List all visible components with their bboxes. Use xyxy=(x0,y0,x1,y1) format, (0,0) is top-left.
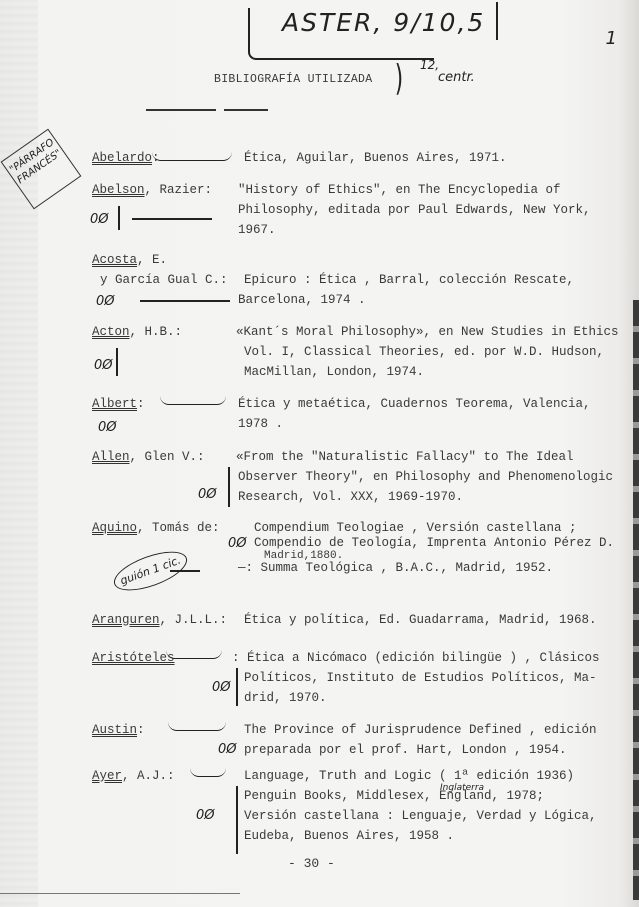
bracket-mark: ) xyxy=(395,58,403,99)
arrow-stroke xyxy=(140,300,230,302)
entry-line: "History of Ethics", en The Encyclopedia… xyxy=(238,180,561,200)
document-page: ASTER, 9/10,5 1 BIBLIOGRAFÍA UTILIZADA )… xyxy=(0,0,639,907)
entry-author: Abelardo: xyxy=(92,148,160,168)
entry-line: Philosophy, editada por Paul Edwards, Ne… xyxy=(238,200,591,220)
entry-author: Aranguren, J.L.L.: xyxy=(92,610,227,630)
entry-author: Acton, H.B.: xyxy=(92,322,182,342)
handwritten-stamp: ASTER, 9/10,5 xyxy=(282,8,485,37)
handwritten-insert: Inglaterra xyxy=(440,778,484,798)
dash-stroke xyxy=(166,650,222,659)
entry-line: 1967. xyxy=(238,220,276,240)
arrow-stroke xyxy=(132,218,212,220)
separator-line xyxy=(146,109,268,111)
handwritten-mark: 0Ø xyxy=(196,806,215,826)
handwritten-mark: 0Ø xyxy=(218,740,237,760)
entry-line: preparada por el prof. Hart, London , 19… xyxy=(244,740,567,760)
handwritten-mark: 0Ø xyxy=(228,534,247,554)
entry-author: Aquino, Tomás de: xyxy=(92,518,220,538)
entry-author: Aristóteles xyxy=(92,648,175,668)
entry-line: Políticos, Instituto de Estudios Polític… xyxy=(244,668,597,688)
entry-author: Acosta, E. xyxy=(92,250,167,270)
dash-stroke xyxy=(168,722,226,731)
stamp-box-right-stroke xyxy=(496,2,498,40)
entry-line: «From the "Naturalistic Fallacy" to The … xyxy=(236,447,574,467)
handwritten-mark: 0Ø xyxy=(96,292,115,312)
dash-stroke xyxy=(152,152,232,161)
entry-line: Language, Truth and Logic ( 1ª edición 1… xyxy=(244,766,574,786)
title-note: centr. xyxy=(438,70,475,85)
entry-line: Research, Vol. XXX, 1969-1970. xyxy=(238,487,463,507)
entry-text: Ética y política, Ed. Guadarrama, Madrid… xyxy=(244,610,597,630)
entry-author: Ayer, A.J.: xyxy=(92,766,175,786)
entry-author: Austin: xyxy=(92,720,145,740)
scan-bottom-edge xyxy=(0,893,240,894)
margin-bar xyxy=(116,348,118,376)
margin-bar xyxy=(236,786,238,854)
entry-author: Allen, Glen V.: xyxy=(92,447,205,467)
handwritten-mark: 0Ø xyxy=(90,210,109,230)
handwritten-mark: 0Ø xyxy=(212,678,231,698)
entry-line: The Province of Jurisprudence Defined , … xyxy=(244,720,597,740)
entry-line: Eudeba, Buenos Aires, 1958 . xyxy=(244,826,454,846)
entry-line: Versión castellana : Lenguaje, Verdad y … xyxy=(244,806,597,826)
handwritten-mark: 0Ø xyxy=(94,356,113,376)
entry-line: 1978 . xyxy=(238,414,283,434)
scan-right-edge xyxy=(633,300,639,900)
page-number: - 30 - xyxy=(288,856,335,871)
entry-line: Ética y metaética, Cuadernos Teorema, Va… xyxy=(238,394,591,414)
entry-text: Ética, Aguilar, Buenos Aires, 1971. xyxy=(244,148,507,168)
entry-line: Epicuro : Ética , Barral, colección Resc… xyxy=(244,270,574,290)
title-note-top: 12, xyxy=(420,58,439,72)
arrow-stroke xyxy=(170,570,200,572)
scan-left-edge xyxy=(0,0,38,907)
handwritten-mark: 0Ø xyxy=(98,418,117,438)
entry-line: Barcelona, 1974 . xyxy=(238,290,366,310)
entry-line: Observer Theory", en Philosophy and Phen… xyxy=(238,467,613,487)
entry-line: Vol. I, Classical Theories, ed. por W.D.… xyxy=(244,342,604,362)
entry-line: : Ética a Nicómaco (edición bilingüe ) ,… xyxy=(232,648,600,668)
margin-bar xyxy=(118,206,120,230)
entry-line: «Kant´s Moral Philosophy», en New Studie… xyxy=(236,322,619,342)
entry-line: MacMillan, London, 1974. xyxy=(244,362,424,382)
entry-author: Albert: xyxy=(92,394,145,414)
entry-line: Penguin Books, Middlesex, England, 1978; xyxy=(244,786,544,806)
page-mark: 1 xyxy=(606,28,617,49)
entry-coauthor: y García Gual C.: xyxy=(100,270,228,290)
dash-stroke xyxy=(160,396,226,405)
entry-line: drid, 1970. xyxy=(244,688,327,708)
margin-bar xyxy=(228,467,230,507)
page-title: BIBLIOGRAFÍA UTILIZADA xyxy=(214,73,372,86)
handwritten-mark: 0Ø xyxy=(198,485,217,505)
margin-bar xyxy=(236,668,238,706)
entry-author: Abelson, Razier: xyxy=(92,180,212,200)
dash-stroke xyxy=(190,768,226,777)
entry-line: —: Summa Teológica , B.A.C., Madrid, 195… xyxy=(238,558,553,578)
